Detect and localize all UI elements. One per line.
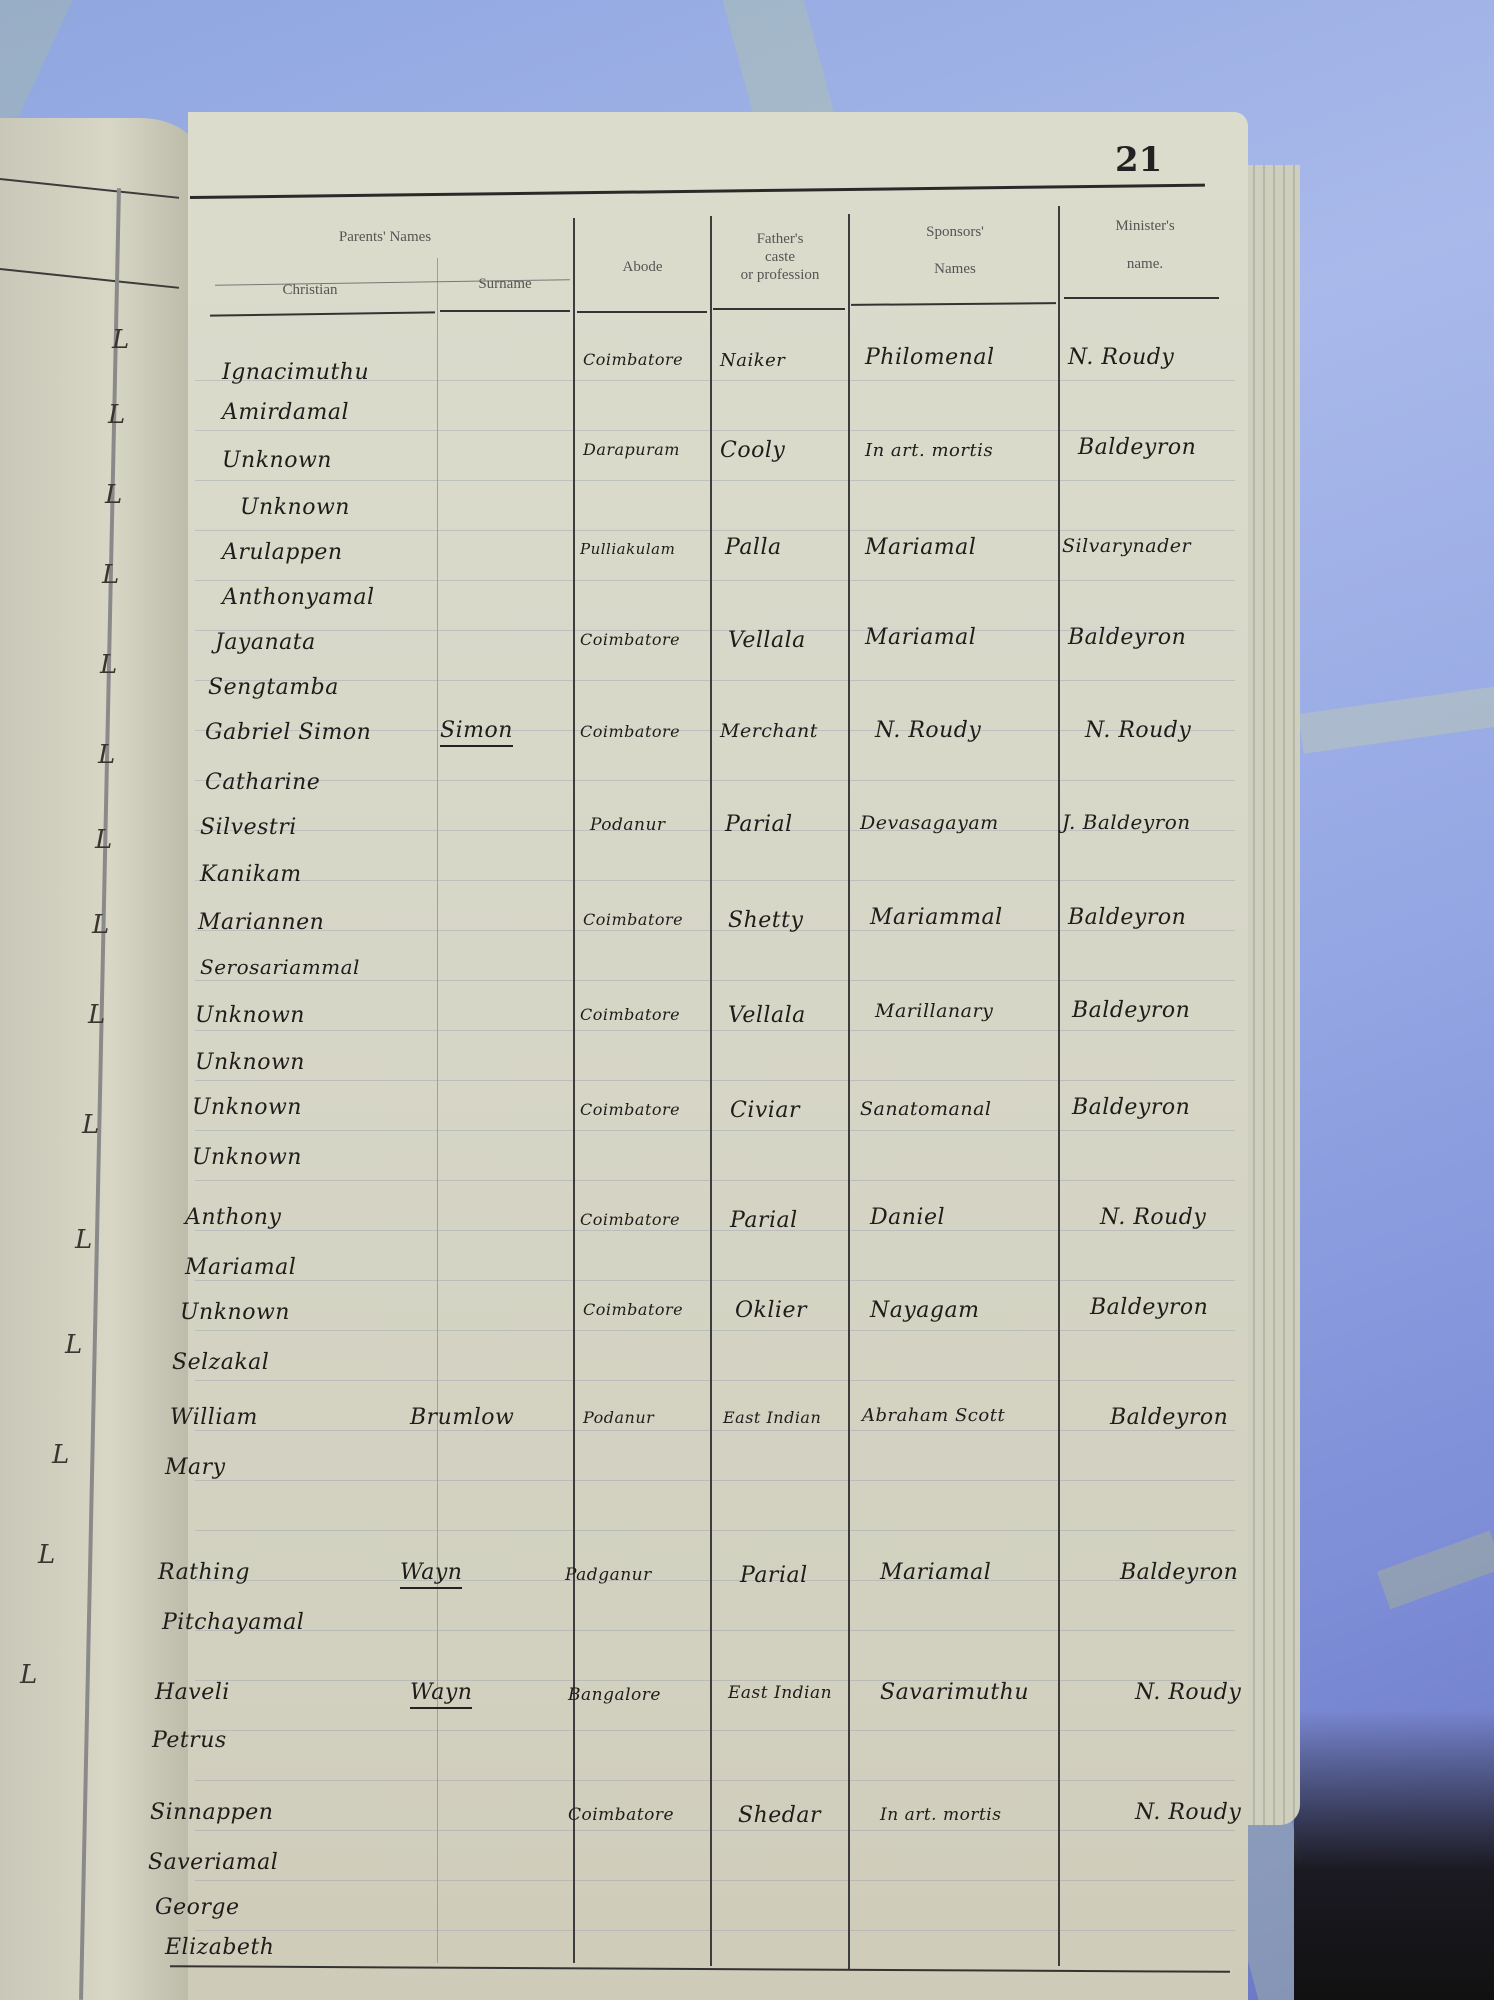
entry-sponsor: Marillanary bbox=[875, 1000, 993, 1022]
header-surname: Surname bbox=[440, 275, 570, 293]
header-fathers-caste-line2: caste bbox=[715, 248, 845, 266]
header-fathers-caste-line3: or profession bbox=[715, 266, 845, 284]
entry-minister: Baldeyron bbox=[1078, 435, 1196, 460]
entry-abode: Podanur bbox=[583, 1408, 654, 1427]
entry-caste: Palla bbox=[725, 535, 782, 560]
cloth-stripe bbox=[1377, 1531, 1494, 1610]
entry-minister: N. Roudy bbox=[1100, 1205, 1206, 1230]
entry-mother-name: Catharine bbox=[205, 770, 320, 795]
entry-father-name: Jayanata bbox=[215, 630, 316, 655]
entry-caste: Shetty bbox=[728, 908, 803, 933]
entry-abode: Coimbatore bbox=[583, 1300, 683, 1319]
entry-father-name: Silvestri bbox=[200, 815, 297, 840]
entry-sponsor: In art. mortis bbox=[880, 1805, 1001, 1825]
entry-sponsor: Devasagayam bbox=[860, 812, 999, 834]
header-fathers-caste-line1: Father's bbox=[715, 230, 845, 248]
margin-mark: L bbox=[95, 825, 112, 855]
entry-mother-name: Saveriamal bbox=[148, 1850, 278, 1875]
margin-mark: L bbox=[38, 1540, 55, 1570]
entry-father-name: Rathing bbox=[158, 1560, 250, 1585]
header-minister-line1: Minister's bbox=[1070, 217, 1220, 235]
entry-father-name: Mariannen bbox=[198, 910, 324, 935]
entry-mother-name: Unknown bbox=[195, 1050, 305, 1075]
entry-mother-name: Anthonyamal bbox=[222, 585, 375, 610]
header-bottom-rule bbox=[1064, 297, 1219, 299]
entry-sponsor: Mariamal bbox=[865, 625, 976, 650]
margin-mark: L bbox=[88, 1000, 105, 1030]
trailing-name: George bbox=[155, 1895, 239, 1920]
entry-abode: Coimbatore bbox=[580, 722, 680, 741]
entry-sponsor: Abraham Scott bbox=[862, 1405, 1005, 1426]
entry-sponsor: Daniel bbox=[870, 1205, 945, 1230]
entry-father-name: Unknown bbox=[192, 1095, 302, 1120]
margin-mark: L bbox=[100, 650, 117, 680]
table-header: Parents' Names Christian Surname Abode F… bbox=[0, 205, 1494, 310]
entry-mother-name: Pitchayamal bbox=[162, 1610, 304, 1635]
entry-sponsor: Mariamal bbox=[880, 1560, 991, 1585]
entry-minister: N. Roudy bbox=[1135, 1680, 1241, 1705]
entry-minister: N. Roudy bbox=[1068, 345, 1174, 370]
margin-mark: L bbox=[108, 400, 125, 430]
header-sponsors-line2: Names bbox=[870, 260, 1040, 278]
entry-mother-name: Unknown bbox=[240, 495, 350, 520]
header-bottom-rule bbox=[577, 311, 707, 313]
left-page-top-rule bbox=[0, 178, 179, 199]
entry-father-name: Anthony bbox=[185, 1205, 281, 1230]
entry-mother-name: Unknown bbox=[192, 1145, 302, 1170]
trailing-name: Elizabeth bbox=[165, 1935, 274, 1960]
entry-minister: Baldeyron bbox=[1072, 998, 1190, 1023]
entry-caste: Cooly bbox=[720, 438, 785, 463]
entry-father-name: Arulappen bbox=[222, 540, 343, 565]
margin-mark: L bbox=[20, 1660, 37, 1690]
entry-caste: Merchant bbox=[720, 720, 818, 742]
entry-mother-name: Mary bbox=[165, 1455, 226, 1480]
entry-caste: Civiar bbox=[730, 1098, 800, 1123]
header-abode: Abode bbox=[580, 258, 705, 276]
entry-mother-name: Mariamal bbox=[185, 1255, 296, 1280]
margin-mark: L bbox=[52, 1440, 69, 1470]
entry-abode: Coimbatore bbox=[580, 1210, 680, 1229]
entry-abode: Coimbatore bbox=[568, 1805, 674, 1825]
margin-mark: L bbox=[112, 325, 129, 355]
entry-abode: Darapuram bbox=[583, 440, 680, 459]
margin-mark: L bbox=[82, 1110, 99, 1140]
entry-surname: Simon bbox=[440, 718, 513, 747]
entry-mother-name: Amirdamal bbox=[222, 400, 349, 425]
entry-caste: Parial bbox=[725, 812, 793, 837]
entry-minister: Silvarynader bbox=[1062, 535, 1191, 557]
entry-sponsor: Nayagam bbox=[870, 1298, 979, 1323]
header-christian: Christian bbox=[230, 281, 390, 299]
entry-abode: Podanur bbox=[590, 815, 666, 835]
page-edges bbox=[1245, 165, 1300, 1825]
entry-father-name: William bbox=[170, 1405, 258, 1430]
margin-mark: L bbox=[75, 1225, 92, 1255]
entry-caste: Vellala bbox=[728, 1003, 806, 1028]
margin-mark: L bbox=[98, 740, 115, 770]
register-page bbox=[188, 112, 1248, 2000]
entry-sponsor: Mariamal bbox=[865, 535, 976, 560]
entry-abode: Coimbatore bbox=[580, 630, 680, 649]
column-divider-caste-sponsors bbox=[848, 214, 850, 1969]
entry-sponsor: In art. mortis bbox=[865, 440, 993, 461]
entry-caste: Oklier bbox=[735, 1298, 807, 1323]
header-bottom-rule bbox=[440, 310, 570, 312]
entry-caste: Parial bbox=[740, 1563, 808, 1588]
column-divider-sponsors-minister bbox=[1058, 206, 1060, 1966]
entry-mother-name: Selzakal bbox=[172, 1350, 269, 1375]
column-divider-abode-caste bbox=[710, 216, 712, 1966]
entry-mother-name: Sengtamba bbox=[208, 675, 339, 700]
margin-mark: L bbox=[105, 480, 122, 510]
entry-father-name: Ignacimuthu bbox=[222, 360, 369, 385]
entry-caste: East Indian bbox=[723, 1408, 821, 1427]
entry-caste: Vellala bbox=[728, 628, 806, 653]
entry-caste: Naiker bbox=[720, 350, 785, 371]
entry-father-name: Unknown bbox=[180, 1300, 290, 1325]
entry-minister: Baldeyron bbox=[1068, 905, 1186, 930]
cloth-stripe bbox=[1298, 686, 1494, 753]
header-bottom-rule bbox=[851, 302, 1056, 306]
entry-sponsor: N. Roudy bbox=[875, 718, 981, 743]
entry-father-name: Unknown bbox=[195, 1003, 305, 1028]
entry-minister: Baldeyron bbox=[1072, 1095, 1190, 1120]
entry-surname: Wayn bbox=[400, 1560, 462, 1589]
margin-mark: L bbox=[65, 1330, 82, 1360]
left-facing-page bbox=[0, 118, 200, 2000]
entry-mother-name: Serosariammal bbox=[200, 955, 360, 979]
header-bottom-rule bbox=[713, 308, 845, 310]
entry-abode: Padganur bbox=[565, 1565, 652, 1585]
entry-minister: Baldeyron bbox=[1090, 1295, 1208, 1320]
entry-minister: N. Roudy bbox=[1085, 718, 1191, 743]
entry-abode: Coimbatore bbox=[583, 910, 683, 929]
entry-caste: Shedar bbox=[738, 1803, 821, 1828]
entry-minister: N. Roudy bbox=[1135, 1800, 1241, 1825]
entry-sponsor: Sanatomanal bbox=[860, 1098, 991, 1120]
entry-mother-name: Kanikam bbox=[200, 862, 302, 887]
entry-minister: Baldeyron bbox=[1120, 1560, 1238, 1585]
entry-abode: Bangalore bbox=[568, 1685, 661, 1705]
entry-mother-name: Petrus bbox=[152, 1728, 227, 1753]
entry-caste: Parial bbox=[730, 1208, 798, 1233]
entry-minister: Baldeyron bbox=[1068, 625, 1186, 650]
entry-surname: Wayn bbox=[410, 1680, 472, 1709]
table-shadow bbox=[1294, 1710, 1494, 2000]
header-sponsors-line1: Sponsors' bbox=[870, 223, 1040, 241]
entry-abode: Pulliakulam bbox=[580, 540, 675, 558]
left-page-column-line bbox=[79, 188, 121, 2000]
header-parents-names: Parents' Names bbox=[300, 228, 470, 246]
entry-sponsor: Mariammal bbox=[870, 905, 1003, 930]
entry-sponsor: Savarimuthu bbox=[880, 1680, 1029, 1705]
entry-father-name: Sinnappen bbox=[150, 1800, 273, 1825]
entry-surname: Brumlow bbox=[410, 1405, 514, 1430]
entry-sponsor: Philomenal bbox=[865, 345, 995, 370]
entry-father-name: Gabriel Simon bbox=[205, 720, 371, 745]
entry-father-name: Unknown bbox=[222, 448, 332, 473]
entry-minister: Baldeyron bbox=[1110, 1405, 1228, 1430]
margin-mark: L bbox=[102, 560, 119, 590]
margin-mark: L bbox=[92, 910, 109, 940]
entry-abode: Coimbatore bbox=[580, 1100, 680, 1119]
entry-father-name: Haveli bbox=[155, 1680, 230, 1705]
entry-minister: J. Baldeyron bbox=[1062, 810, 1191, 834]
entry-abode: Coimbatore bbox=[583, 350, 683, 369]
entry-abode: Coimbatore bbox=[580, 1005, 680, 1024]
entry-caste: East Indian bbox=[728, 1683, 832, 1703]
page-number: 21 bbox=[1115, 140, 1162, 180]
header-minister-line2: name. bbox=[1070, 255, 1220, 273]
